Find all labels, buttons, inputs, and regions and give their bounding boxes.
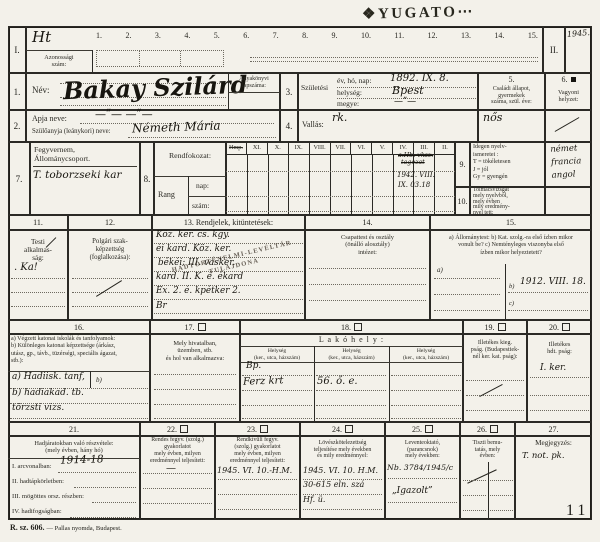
rank-col: Hmp. <box>226 142 246 154</box>
divider <box>393 155 394 215</box>
col-num: 12. <box>428 31 438 40</box>
col-num: 14. <box>494 31 504 40</box>
hand-rank-entry-4: IX. 03.18 <box>398 182 430 190</box>
divider <box>268 155 269 215</box>
divider <box>530 377 589 378</box>
hand-remarks: T. not. pk. <box>522 452 565 461</box>
field-8-number: 8. <box>140 142 154 215</box>
divider <box>391 405 461 406</box>
enlistment-b-label: b) <box>509 283 514 290</box>
divider <box>434 278 500 279</box>
header-18-number: 18. <box>341 323 351 332</box>
divider <box>128 137 276 138</box>
field-10-number: 10. <box>455 187 470 215</box>
rang-day-label: nap: <box>196 182 209 191</box>
col-num: 1. <box>96 31 102 40</box>
rank-col: VIII. <box>309 142 330 154</box>
header-11: 11. <box>8 215 68 230</box>
divider <box>466 380 524 381</box>
divider <box>508 292 588 293</box>
header-23-number: 23. <box>247 425 257 434</box>
hand-campaign-front: 1914-18 <box>60 454 104 467</box>
archive-stamp: HADTÖRTÉNELMI-LEVÉLTÁRTULAJDONA <box>148 252 318 272</box>
enlistment-a-label: a) <box>437 266 443 274</box>
col-num: 3. <box>155 31 161 40</box>
hand-birth-county: —ʺ— <box>394 98 416 108</box>
hand-religion: rk. <box>332 112 347 124</box>
hand-languages: német francia angol <box>550 142 582 182</box>
family-status-label: Családi állapot, gyermekek száma, szül. … <box>479 84 544 108</box>
col-num: 2. <box>125 31 131 40</box>
mother-name-label: Szülőanyja (leánykori) neve: <box>32 128 111 136</box>
residence-title: L a k ó h e l y : <box>240 335 463 345</box>
divider <box>434 155 435 215</box>
divider <box>10 418 148 419</box>
field-2-number: 2. <box>8 110 26 142</box>
checkbox-icon <box>354 323 362 331</box>
divider <box>309 284 426 285</box>
religion-label: Vallás: <box>302 120 324 129</box>
header-18: 18. <box>240 320 463 334</box>
hand-levente-1: Nb. 3784/1945/c <box>387 464 453 473</box>
divider <box>288 155 289 215</box>
enlistment-label: a) Állománytest: b) Kat. szolg.-ra első … <box>432 232 590 260</box>
divider <box>463 480 486 481</box>
wealth-label: Vagyoni helyzet: <box>546 87 591 105</box>
hand-shooting-3: Hf. ü. <box>303 496 325 505</box>
school-b-label: b) <box>96 376 102 384</box>
divider <box>508 310 588 311</box>
divider <box>180 51 181 66</box>
header-25-number: 25. <box>412 425 422 434</box>
hand-family-status: nős <box>483 112 502 124</box>
col-num: 4. <box>184 31 190 40</box>
hand-enlistment-date: 1912. VIII. 18. <box>520 278 586 288</box>
checkbox-icon <box>490 425 498 433</box>
checkbox-icon <box>562 323 570 331</box>
divider <box>314 346 315 422</box>
divider <box>143 473 212 474</box>
divider <box>11 306 65 307</box>
hand-branch: T. toborzseki kar <box>33 170 122 182</box>
identity-number-label: Azonossági szám: <box>27 51 91 71</box>
col-num: 9. <box>332 31 338 40</box>
divider <box>92 502 136 503</box>
languages-label: Idegen nyelv- ismeretei : T = tökéletese… <box>473 144 543 182</box>
page-number: 11 <box>566 502 589 520</box>
stamp-trail-icon: ⋯ <box>457 4 475 20</box>
divider <box>434 294 500 295</box>
header-20: 20. <box>527 320 592 334</box>
divider <box>247 155 248 215</box>
header-24-number: 24. <box>332 425 342 434</box>
field-3-number: 3. <box>280 73 298 110</box>
rank-col: II. <box>434 142 455 154</box>
header-13: 13. Rendjelek, kitüntetések: <box>152 215 305 230</box>
regular-exercise-label: Rendes fegyv. (szolg.) gyakorlatot mely … <box>140 438 215 464</box>
employment-label: Mely hivatalban, üzemben, stb. és hol va… <box>150 338 240 364</box>
divider <box>70 517 136 518</box>
divider <box>530 395 589 396</box>
header-26: 26. <box>460 422 515 436</box>
checkbox-icon <box>425 425 433 433</box>
col-num: 10. <box>361 31 371 40</box>
header-25: 25. <box>385 422 460 436</box>
divider <box>303 509 382 510</box>
divider <box>351 155 352 215</box>
checkbox-icon <box>345 425 353 433</box>
divider <box>391 418 461 419</box>
field-6-number: 6. <box>545 75 592 84</box>
residence-col3-label: Helység (ker., utca, házszám) <box>389 347 463 362</box>
campaign-rear-label: III. mögöttes orsz. részben: <box>12 493 84 501</box>
birth-date-label: év, hó, nap: <box>337 77 372 86</box>
col-num: 15. <box>528 31 538 40</box>
hand-decoration-line: Köz. ker. cs. kgy. <box>156 231 230 241</box>
birth-label: Születési <box>301 84 337 93</box>
divider <box>92 50 93 73</box>
divider <box>143 503 212 504</box>
divider <box>60 105 226 106</box>
divider <box>242 418 312 419</box>
divider <box>72 306 148 307</box>
divider <box>466 395 524 396</box>
divider <box>316 405 386 406</box>
rank-col: VII. <box>330 142 351 154</box>
footer-imprint: R. sz. 606. — Pallas nyomda, Budapest. <box>10 523 122 532</box>
header-24: 24. <box>300 422 385 436</box>
divider <box>388 502 457 503</box>
header-22: 22. <box>140 422 215 436</box>
column-numbers: 1.2.3.4.5.6.7.8.9.10.11.12.13.14.15. <box>96 31 538 40</box>
campaign-front-label: I. arcvonalban: <box>12 463 52 471</box>
hand-rank-entry-2: tagozat <box>401 160 425 167</box>
hand-decoration-line: Br <box>156 302 167 312</box>
header-22-number: 22. <box>167 425 177 434</box>
divider <box>490 510 513 511</box>
divider <box>490 480 513 481</box>
header-17: 17. <box>150 320 240 334</box>
field-9-number: 9. <box>455 142 470 187</box>
checkbox-icon <box>498 323 506 331</box>
divider <box>372 155 373 215</box>
stamp-ornament-icon: ❖ <box>362 6 378 22</box>
divider <box>154 389 236 390</box>
levente-label: Leventeoktató, (parancsnok) mely években… <box>385 440 460 460</box>
header-15: 15. <box>430 215 592 230</box>
row-label-I: I. <box>8 26 26 73</box>
hand-residence-number: 56. ő. e. <box>317 376 358 387</box>
divider <box>316 418 386 419</box>
enlistment-c-label: c) <box>509 300 514 307</box>
name-label: Név: <box>32 85 50 95</box>
divider <box>250 61 538 62</box>
divider <box>154 374 236 375</box>
military-schools-label: a) Végzett katonai iskolák és tanfolyamo… <box>11 336 147 365</box>
hand-school-row2: b) hadiakad. tb. <box>12 389 84 399</box>
shooting-duty-label: Lövészkötelezettség teljesítése mely éve… <box>300 440 385 460</box>
divider <box>240 362 463 363</box>
divider <box>74 487 136 488</box>
rang-number-label: szám: <box>192 202 210 211</box>
fitness-label: Testi alkalmas- ság: <box>8 236 68 264</box>
hand-birth-place: Bpest <box>392 85 424 97</box>
divider <box>218 494 297 495</box>
top-stamp: ❖YUGATO⋯ <box>362 2 572 24</box>
divider <box>154 176 226 177</box>
header-19: 19. <box>463 320 527 334</box>
row-label-II: II. <box>543 26 565 73</box>
rank-label: Rendfokozat: <box>154 150 226 162</box>
wealth-value-cell <box>545 110 592 142</box>
divider <box>228 92 280 93</box>
divider <box>505 264 506 320</box>
divider <box>309 300 426 301</box>
divider <box>242 405 312 406</box>
divider <box>154 404 236 405</box>
divider <box>226 211 455 212</box>
hand-residence-city: Bp. <box>246 362 261 372</box>
hand-decoration-line: Ex. 2. é. kpétker 2. <box>156 287 241 297</box>
divider <box>389 346 390 422</box>
interpreter-value-cell <box>545 187 592 215</box>
stamp-text: YUGATO <box>378 4 458 22</box>
campaign-supply-label: II. hadtápkörletben: <box>12 478 64 486</box>
divider <box>33 166 137 167</box>
col-num: 5. <box>214 31 220 40</box>
field-6-number-text: 6. <box>562 75 568 84</box>
black-square-icon <box>571 77 576 82</box>
checkbox-icon <box>198 323 206 331</box>
header-23: 23. <box>215 422 300 436</box>
col-num: 13. <box>461 31 471 40</box>
hand-name-value: Bakay Szilárd <box>63 72 248 105</box>
civil-qualification-label: Polgári szak- képzettség (foglalkozása): <box>68 236 152 264</box>
header-19-number: 19. <box>485 323 495 332</box>
hand-corps-command: I. ker. <box>540 364 566 374</box>
hand-mark-top-left: Ht <box>32 29 51 46</box>
divider <box>330 155 331 215</box>
divider <box>226 196 455 197</box>
col-num: 6. <box>243 31 249 40</box>
hand-shooting-1: 1945. VI. 10. H.M. <box>303 467 378 476</box>
divider <box>463 495 486 496</box>
divider <box>90 371 91 388</box>
col-num: 8. <box>302 31 308 40</box>
divider <box>139 51 140 66</box>
divider <box>391 390 461 391</box>
hand-rank-entry-3: 1942. VIII. <box>397 172 435 180</box>
divider <box>11 278 65 279</box>
hand-father-name: —ʺ— —ʺ— <box>95 109 153 121</box>
hand-levente-2: „Igazolt” <box>392 487 433 497</box>
corps-command-label: Illetékes hdt. pság: <box>527 339 592 357</box>
residence-col1-label: Helység (ker., utca, házszám) <box>240 347 314 362</box>
divider <box>188 196 226 197</box>
rank-col: IX. <box>288 142 309 154</box>
divider <box>154 313 303 314</box>
rank-col: X. <box>267 142 288 154</box>
footer-reference-number: R. sz. 606. <box>10 523 44 532</box>
hand-birth-date: 1892. IX. 8. <box>390 73 449 84</box>
field-7-number: 7. <box>8 142 30 215</box>
divider <box>72 292 148 293</box>
divider <box>72 278 148 279</box>
birth-place-label: helység: <box>337 89 362 98</box>
officer-presentation-label: Tiszti bemu- tatás, mely évben: <box>460 439 515 461</box>
branch-label: Fegyvernem, Állománycsoport. <box>34 146 136 164</box>
col-num: 11. <box>394 31 404 40</box>
campaign-pow-label: IV. hadifogságban: <box>12 508 62 516</box>
divider <box>316 390 386 391</box>
field-5-number: 5. <box>478 75 545 84</box>
divider <box>218 479 297 480</box>
divider <box>488 462 489 520</box>
residence-col2-label: Helység (ker., utca, házszám) <box>314 347 389 362</box>
divider <box>530 410 589 411</box>
hand-fitness: . Ka! <box>14 262 38 273</box>
rank-col: XI. <box>246 142 267 154</box>
field-4-number: 4. <box>280 110 298 142</box>
checkbox-icon <box>260 425 268 433</box>
religion-cell <box>298 110 478 142</box>
special-exercise-label: Rendkívüli fegyv. (szolg.) gyakorlatot m… <box>215 438 300 464</box>
header-26-number: 26. <box>477 425 487 434</box>
checkbox-icon <box>180 425 188 433</box>
header-14: 14. <box>305 215 430 230</box>
field-1-number: 1. <box>8 73 26 110</box>
divider <box>388 478 457 479</box>
scanned-military-record-form: ❖YUGATO⋯ I. Ht Azonossági szám: 1.2.3.4.… <box>0 0 600 542</box>
rank-col: V. <box>371 142 392 154</box>
header-16: 16. <box>8 320 150 334</box>
header-17-number: 17. <box>185 323 195 332</box>
divider <box>434 310 500 311</box>
rank-col: VI. <box>350 142 371 154</box>
divider <box>309 268 426 269</box>
identity-number-boxes <box>96 50 224 67</box>
divider <box>466 410 524 411</box>
divider <box>154 299 303 300</box>
birth-county-label: megye: <box>337 100 359 109</box>
hand-special-exercise: 1945. VI. 10.-H.M. <box>217 467 292 476</box>
unit-label: Csapattest és osztály (önálló alosztály)… <box>305 232 430 258</box>
hand-shooting-2: 30-615 eln. szá <box>303 481 364 490</box>
hand-residence-street: Ferz krt <box>243 375 284 387</box>
header-20-number: 20. <box>549 323 559 332</box>
registry-page-label: Anyakönyvi lapszáma: <box>229 75 279 91</box>
divider <box>250 57 538 58</box>
header-27: 27. <box>515 422 592 436</box>
hand-school-row1: a) Hadiisk. tanf, <box>12 373 85 383</box>
father-name-label: Apja neve: <box>32 114 67 123</box>
divider <box>391 375 461 376</box>
interpreter-label: Tolmácsvizsgát mely nyelvből, mely évben… <box>473 188 543 217</box>
header-21: 21. <box>8 422 140 436</box>
divider <box>463 510 486 511</box>
col-num: 7. <box>273 31 279 40</box>
recruiting-command-label: Illetékes kieg. pság. (Budapestiek- nél … <box>463 337 527 363</box>
divider <box>11 292 65 293</box>
divider <box>143 488 212 489</box>
divider <box>154 418 236 419</box>
divider <box>309 155 310 215</box>
remarks-label: Megjegyzés: <box>515 438 592 448</box>
divider <box>242 390 312 391</box>
divider <box>58 472 136 473</box>
footer-printer: — Pallas nyomda, Budapest. <box>46 525 121 532</box>
rang-label: Rang <box>158 190 175 199</box>
divider <box>218 509 297 510</box>
hand-school-row3: törzsti vizs. <box>12 404 64 414</box>
header-12: 12. <box>68 215 152 230</box>
divider <box>490 495 513 496</box>
